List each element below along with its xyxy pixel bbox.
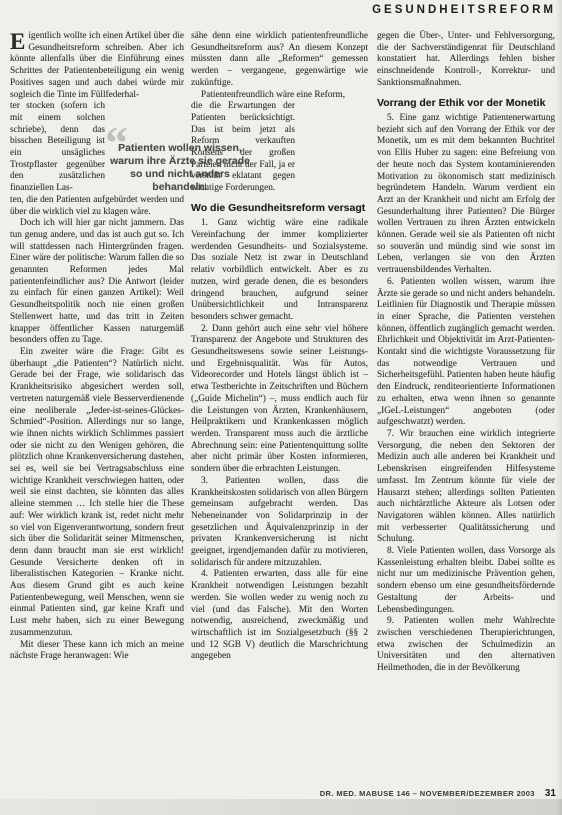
- text-column-3: gegen die Über-, Unter- und Fehlversorgu…: [377, 31, 555, 675]
- paragraph-text: igentlich wollte ich einen Artikel über …: [10, 31, 184, 100]
- scan-shadow-bottom: [0, 799, 562, 815]
- section-header: GESUNDHEITSREFORM: [372, 4, 556, 16]
- paragraph: Mit dieser These kann ich mich an meine …: [10, 640, 184, 663]
- magazine-page-scan: GESUNDHEITSREFORM Eigentlich wollte ich …: [0, 0, 562, 815]
- paragraph-wrap-segment: ter stocken (sofern ich mit einem solche…: [10, 101, 105, 195]
- paragraph: gegen die Über-, Unter- und Fehlversorgu…: [377, 31, 555, 90]
- subheading-reform-fails: Wo die Gesundheitsreform versagt: [191, 202, 368, 215]
- paragraph: Patientenfreundlich wäre eine Reform,: [191, 90, 368, 102]
- paragraph: 8. Viele Patienten wollen, dass Vorsorge…: [377, 546, 555, 616]
- pull-quote-text: Patienten wollen wissen, warum ihre Ärzt…: [110, 142, 250, 193]
- footer-journal-line: DR. MED. MABUSE 146 – NOVEMBER/DEZEMBER …: [320, 789, 535, 798]
- subheading-ethik-monetik: Vorrang der Ethik vor der Monetik: [377, 97, 555, 110]
- text-column-1: Eigentlich wollte ich einen Artikel über…: [10, 31, 184, 663]
- paragraph: 3. Patienten wollen, dass die Krankheits…: [191, 476, 368, 570]
- paragraph: 7. Wir brauchen eine wirklich integriert…: [377, 429, 555, 546]
- paragraph: 5. Eine ganz wichtige Patientenerwartung…: [377, 113, 555, 277]
- text-column-2: sähe denn eine wirklich patientenfreundl…: [191, 31, 368, 663]
- paragraph: 1. Ganz wichtig wäre eine radikale Verei…: [191, 218, 368, 323]
- page-footer: DR. MED. MABUSE 146 – NOVEMBER/DEZEMBER …: [320, 788, 556, 799]
- paragraph: 9. Patienten wollen mehr Wahlrechte zwis…: [377, 616, 555, 675]
- drop-cap: E: [10, 31, 28, 51]
- paragraph: 6. Patienten wollen wissen, warum ihre Ä…: [377, 277, 555, 429]
- paragraph: Ein zweiter wäre die Frage: Gibt es über…: [10, 347, 184, 640]
- paragraph: sähe denn eine wirklich patientenfreundl…: [191, 31, 368, 90]
- paragraph: 4. Patienten erwarten, dass alle für ein…: [191, 569, 368, 663]
- pull-quote: “ Patienten wollen wissen, warum ihre Är…: [103, 142, 257, 194]
- paragraph: Doch ich will hier gar nicht jammern. Da…: [10, 218, 184, 347]
- paragraph: ten, die den Patienten aufgebürdet werde…: [10, 195, 184, 218]
- quote-mark-icon: “: [105, 120, 128, 166]
- scan-shadow-right: [555, 0, 562, 815]
- paragraph: Eigentlich wollte ich einen Artikel über…: [10, 31, 184, 101]
- paragraph: 2. Dann gehört auch eine sehr viel höher…: [191, 324, 368, 476]
